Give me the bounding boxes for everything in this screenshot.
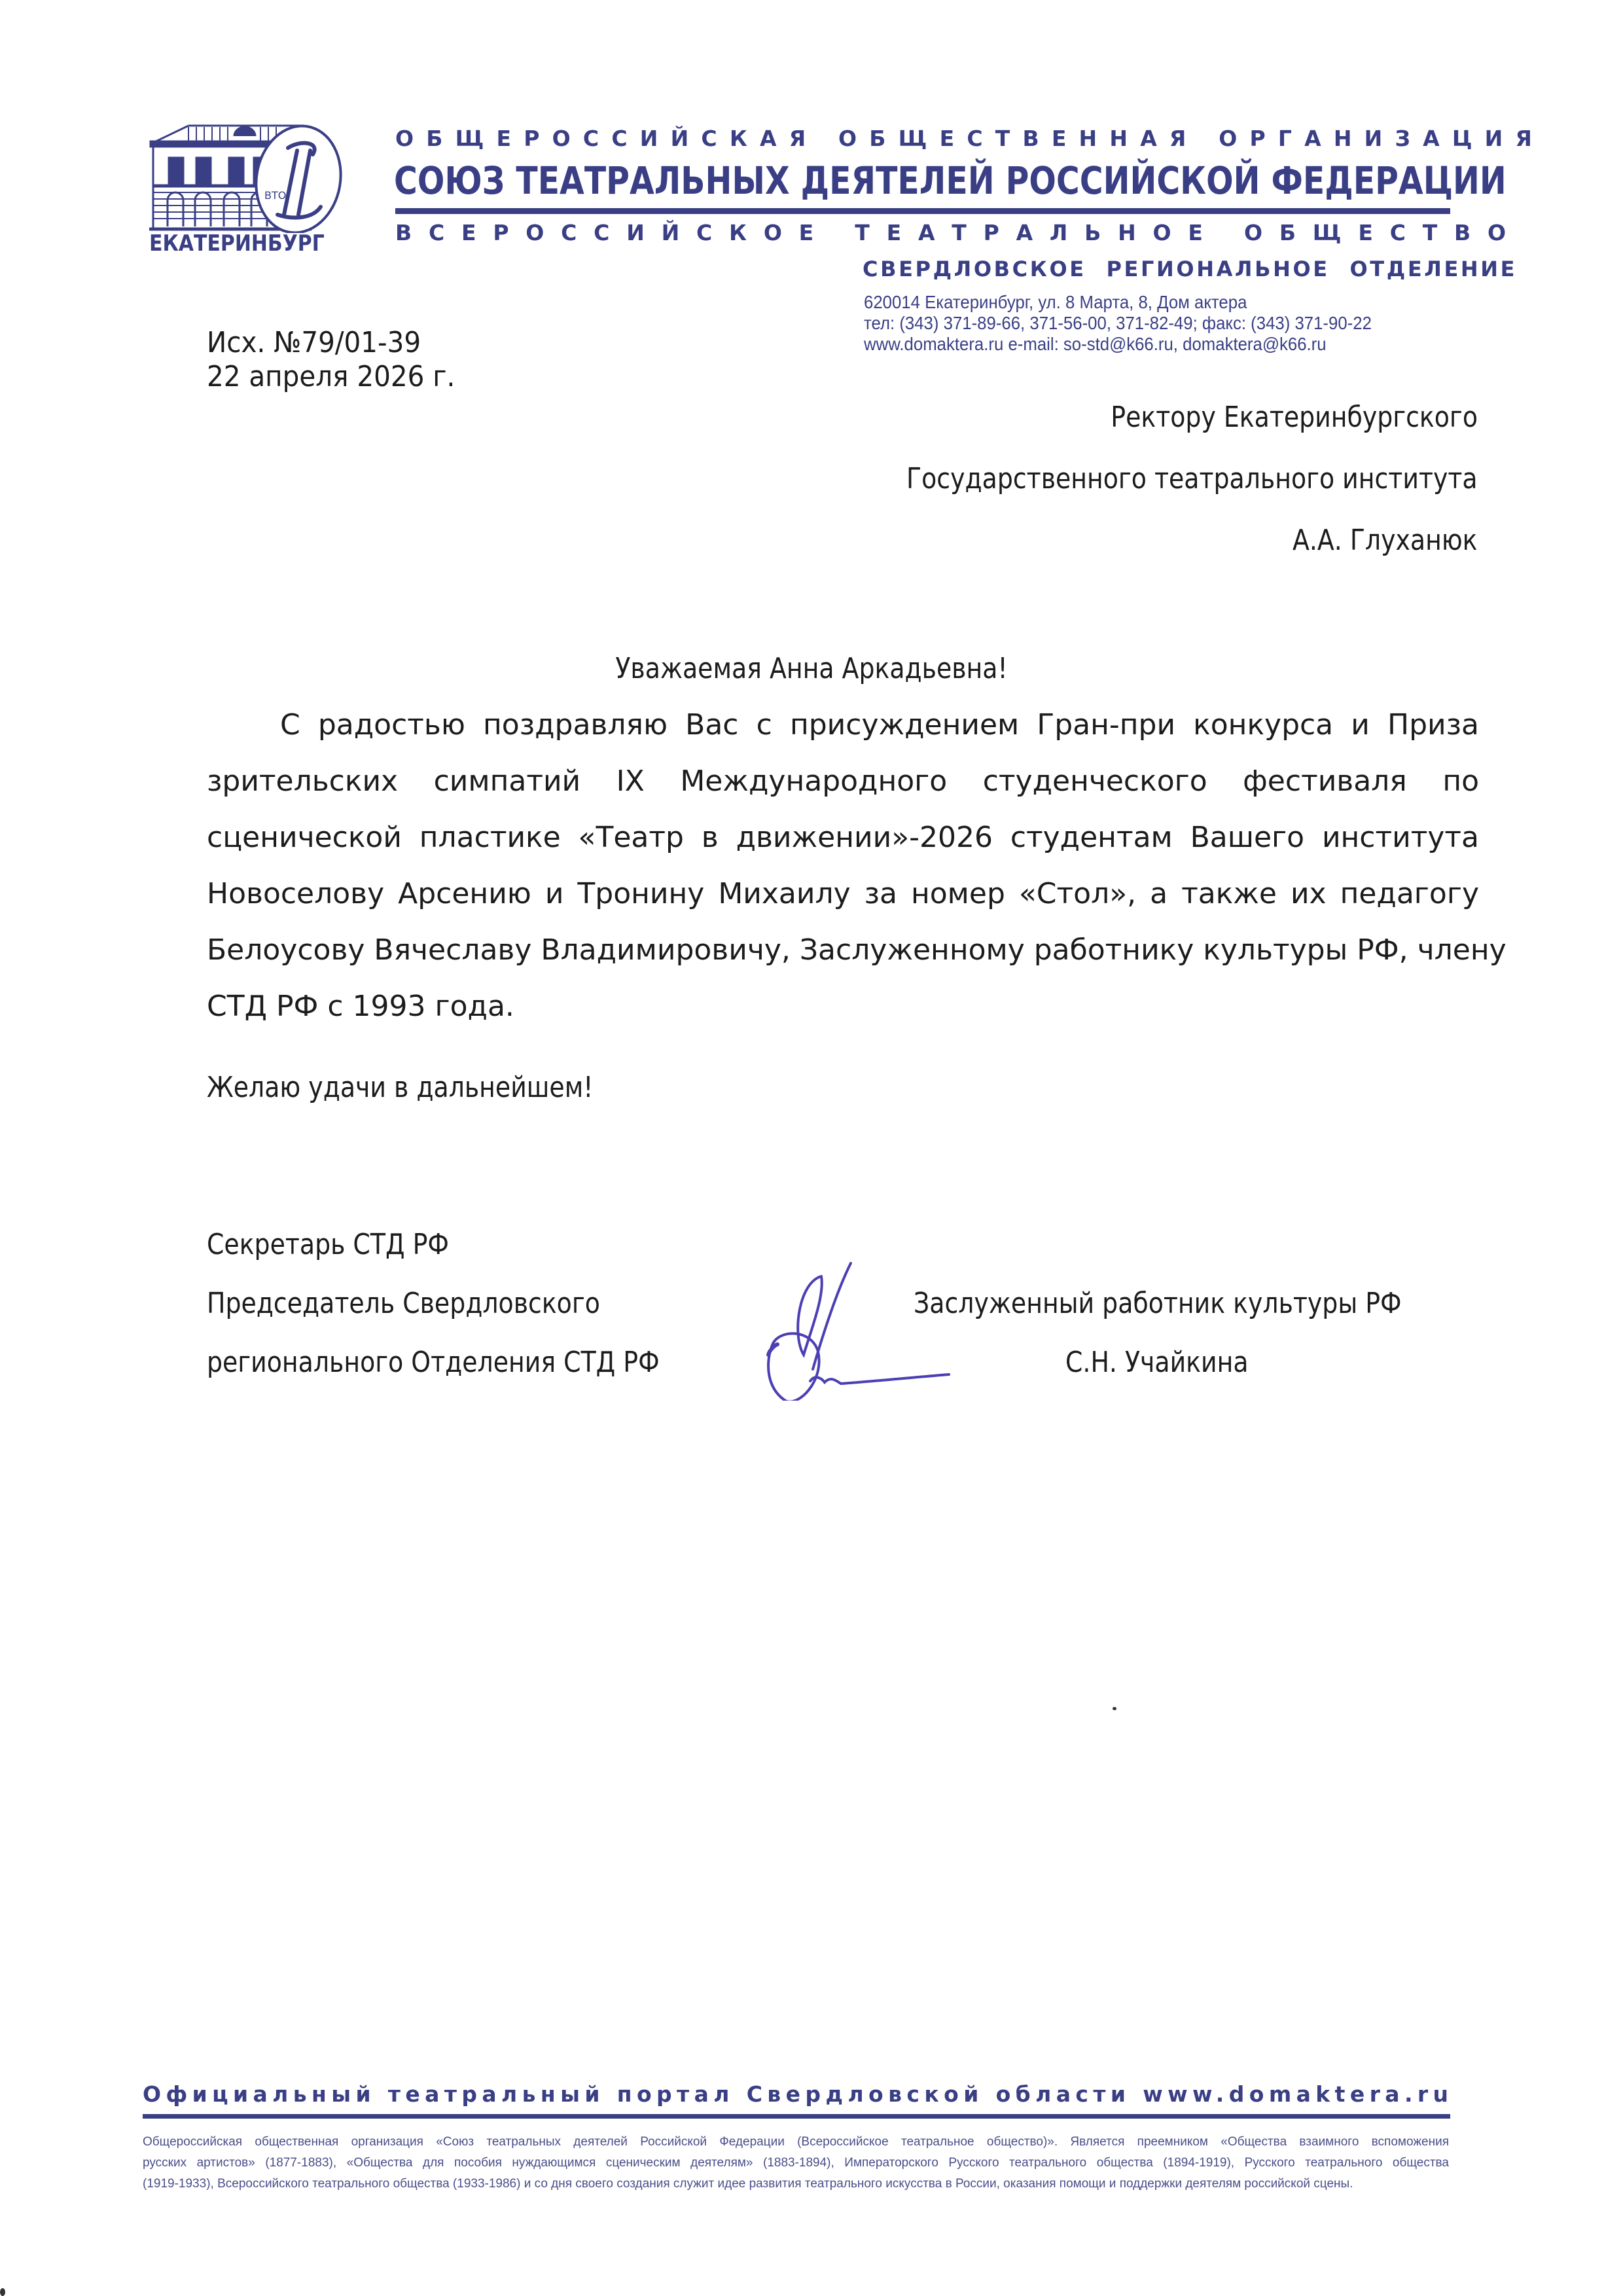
paragraph-line: Новоселову Арсению и Тронину Михаилу за … bbox=[207, 877, 1479, 910]
footer-history-line: русских артистов» (1877-1883), «Общества… bbox=[143, 2156, 1449, 2170]
regional-branch-heading: СВЕРДЛОВСКОЕ РЕГИОНАЛЬНОЕ ОТДЕЛЕНИЕ bbox=[863, 257, 1517, 281]
contact-web-email: www.domaktera.ru e-mail: so-std@k66.ru, … bbox=[864, 334, 1327, 355]
outgoing-number: Исх. №79/01-39 bbox=[207, 326, 421, 359]
paragraph-line-text: СТД РФ с 1993 года. bbox=[207, 990, 514, 1023]
scan-speck bbox=[1113, 1707, 1116, 1710]
addressee-line-1: Ректору Екатеринбургского bbox=[1111, 401, 1478, 434]
signatory-position-3: регионального Отделения СТД РФ bbox=[207, 1346, 660, 1379]
paragraph-line: сценической пластике «Театр в движении»-… bbox=[207, 821, 1479, 854]
paragraph-line-text: Новоселову Арсению и Тронину Михаилу за … bbox=[207, 877, 1479, 910]
paragraph-line: зрительских симпатий IX Международного с… bbox=[207, 764, 1479, 798]
signatory-name: С.Н. Учайкина bbox=[1065, 1346, 1249, 1379]
paragraph-line-text: сценической пластике «Театр в движении»-… bbox=[207, 821, 1479, 854]
contact-address: 620014 Екатеринбург, ул. 8 Марта, 8, Дом… bbox=[864, 292, 1247, 313]
outgoing-date: 22 апреля 2026 г. bbox=[207, 360, 455, 393]
paragraph-line-text: С радостью поздравляю Вас с присуждением… bbox=[280, 708, 1479, 742]
letter-greeting: Уважаемая Анна Аркадьевна! bbox=[114, 652, 1510, 685]
signatory-position-1: Секретарь СТД РФ bbox=[207, 1228, 449, 1261]
paragraph-line: СТД РФ с 1993 года. bbox=[207, 990, 1479, 1023]
paragraph-line-text: Белоусову Вячеславу Владимировичу, Заслу… bbox=[207, 933, 1507, 967]
addressee-name: А.А. Глуханюк bbox=[1293, 524, 1478, 557]
svg-text:ВТО: ВТО bbox=[264, 189, 286, 202]
footer-history-line: (1919-1933), Всероссийского театрального… bbox=[143, 2177, 1449, 2191]
org-type-heading: ОБЩЕРОССИЙСКАЯ ОБЩЕСТВЕННАЯ ОРГАНИЗАЦИЯ bbox=[395, 126, 1453, 151]
footer-portal-banner: Официальный театральный портал Свердловс… bbox=[143, 2081, 1453, 2107]
contact-phones: тел: (343) 371-89-66, 371-56-00, 371-82-… bbox=[864, 313, 1372, 334]
theatre-building-emblem-icon: ВТО bbox=[149, 122, 346, 233]
footer-divider bbox=[143, 2114, 1450, 2119]
footer-history-line: Общероссийская общественная организация … bbox=[143, 2135, 1449, 2149]
logo-city-name: ЕКАТЕРИНБУРГ bbox=[149, 230, 322, 257]
org-name-title: СОЮЗ ТЕАТРАЛЬНЫХ ДЕЯТЕЛЕЙ РОССИЙСКОЙ ФЕД… bbox=[394, 158, 1507, 203]
addressee-line-2: Государственного театрального института bbox=[906, 462, 1478, 495]
letter-closing: Желаю удачи в дальнейшем! bbox=[207, 1071, 593, 1104]
signatory-position-2: Председатель Свердловского bbox=[207, 1287, 600, 1320]
scan-speck bbox=[0, 2288, 5, 2296]
paragraph-line: Белоусову Вячеславу Владимировичу, Заслу… bbox=[207, 933, 1479, 967]
paragraph-line: С радостью поздравляю Вас с присуждением… bbox=[280, 708, 1479, 742]
header-divider bbox=[395, 208, 1450, 214]
signatory-honorary-title: Заслуженный работник культуры РФ bbox=[914, 1287, 1402, 1320]
paragraph-line-text: зрительских симпатий IX Международного с… bbox=[207, 764, 1479, 798]
org-society-heading: ВСЕРОССИЙСКОЕ ТЕАТРАЛЬНОЕ ОБЩЕСТВО bbox=[395, 220, 1523, 245]
